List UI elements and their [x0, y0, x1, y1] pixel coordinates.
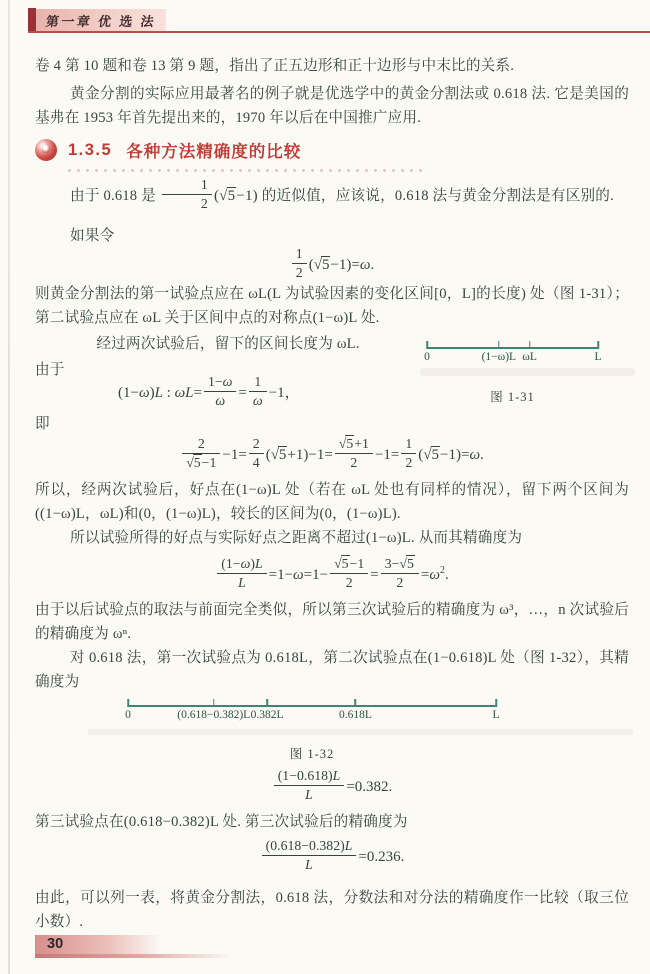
paragraph: 由于以后试验点的取法与前面完全类似，所以第三次试验后的精确度为 ω³，…，n 次…: [35, 598, 629, 646]
page-number-strip: [35, 954, 233, 958]
inline-formula: 12(√5−1): [160, 188, 258, 204]
figure-1-32-caption: 图 1-32: [128, 744, 496, 762]
display-formula: (1−ω)L : ωL=1−ωω=1ω−1，: [118, 376, 300, 411]
paragraph: 则黄金分割法的第一试验点应在 ωL(L 为试验因素的变化区间[0，L]的长度) …: [35, 282, 629, 330]
section-heading: 1.3.5 各种方法精确度的比较: [35, 138, 301, 162]
scan-edge-line: [8, 0, 10, 974]
page-number: 30: [47, 936, 63, 952]
chapter-rule: [28, 31, 650, 33]
paragraph: 黄金分割的实际应用最著名的例子就是优选学中的黄金分割法或 0.618 法. 它是…: [35, 82, 629, 130]
figure-1-32-numberline: 0(0.618−0.382)L0.382L0.618LL: [128, 696, 496, 726]
section-dotted-underline: [68, 169, 426, 172]
figure-1-31-caption: 图 1-31: [427, 387, 598, 405]
paragraph-text: 的近似值，应该说，0.618 法与黄金分割法是有区别的.: [262, 188, 614, 204]
display-formula: (0.618−0.382)LL=0.236.: [35, 840, 629, 875]
chapter-title: 第一章 优 选 法: [45, 11, 158, 30]
paragraph: 由此，可以列一表，将黄金分割法，0.618 法，分数法和对分法的精确度作一比较（…: [35, 886, 629, 934]
paragraph: 所以，经两次试验后，好点在(1−ω)L 处（若在 ωL 处也有同样的情况），留下…: [35, 478, 629, 526]
paragraph: 即: [35, 412, 629, 436]
chapter-banner: 第一章 优 选 法: [36, 9, 166, 31]
paragraph: 如果令: [35, 224, 629, 248]
paragraph: 第三试验点在(0.618−0.382)L 处. 第三次试验后的精确度为: [35, 810, 629, 834]
display-formula: (1−ω)LL=1−ω=1−√5−12=3−√52=ω2.: [35, 558, 629, 593]
paragraph-text: 由于 0.618 是: [70, 188, 156, 204]
chapter-tab-bar: [28, 8, 36, 33]
display-formula: 12(√5−1)=ω.: [35, 248, 629, 283]
section-bullet-icon: [35, 139, 57, 161]
display-formula: (1−0.618)LL=0.382.: [35, 770, 629, 805]
paragraph: 对 0.618 法，第一次试验点为 0.618L，第二次试验点在(1−0.618…: [35, 646, 629, 694]
figure-1-31-numberline: 0(1−ω)LωLL: [427, 338, 598, 368]
paragraph: 所以试验所得的好点与实际好点之距离不超过(1−ω)L. 从而其精确度为: [35, 526, 629, 550]
display-formula: 2√5−1−1=24(√5+1)−1=√5+12−1=12(√5−1)=ω.: [35, 438, 629, 473]
paragraph: 卷 4 第 10 题和卷 13 第 9 题，指出了正五边形和正十边形与中末比的关…: [35, 54, 629, 78]
scan-smudge: [420, 368, 635, 376]
scan-smudge: [88, 729, 633, 735]
paragraph: 由于 0.618 是 12(√5−1) 的近似值，应该说，0.618 法与黄金分…: [35, 177, 629, 215]
section-title: 各种方法精确度的比较: [126, 138, 301, 162]
textbook-page: 第一章 优 选 法 卷 4 第 10 题和卷 13 第 9 题，指出了正五边形和…: [0, 0, 650, 974]
section-number: 1.3.5: [68, 141, 112, 160]
